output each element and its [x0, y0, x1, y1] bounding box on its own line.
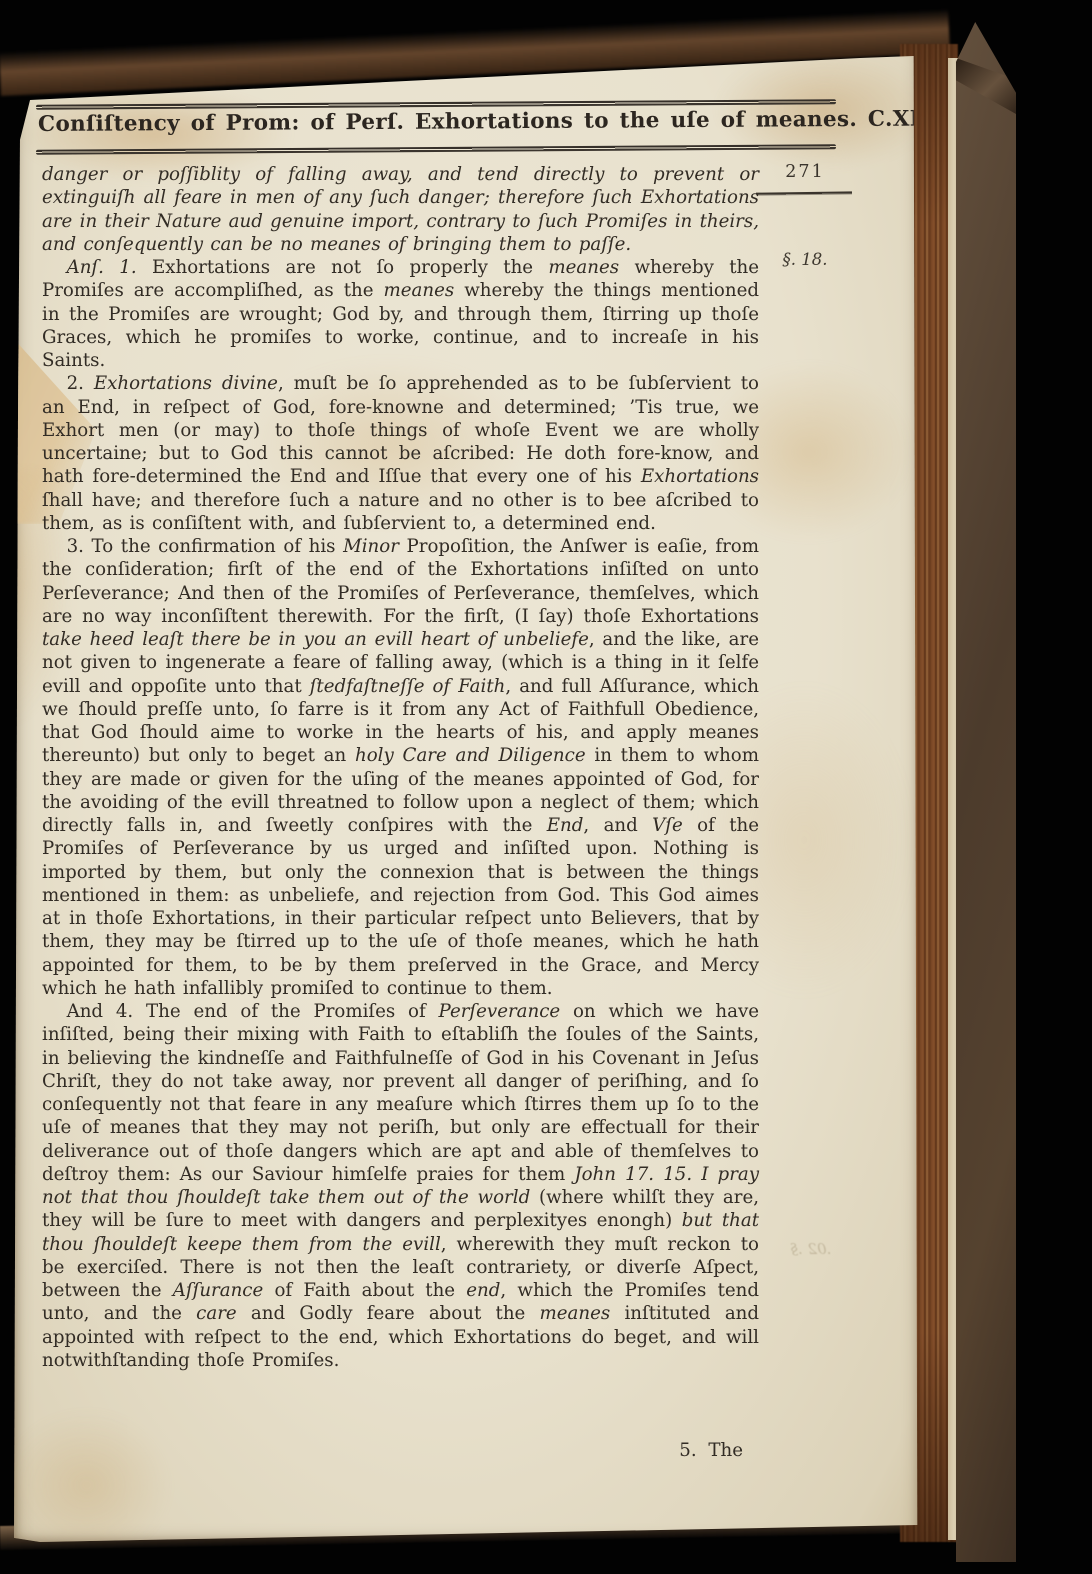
book-page: Conſiſtency of Prom: of Perſ. Exhortatio… [14, 40, 920, 1545]
page-number: 271 [750, 162, 860, 182]
photo-background: Conſiſtency of Prom: of Perſ. Exhortatio… [0, 0, 1092, 1574]
paper-stain [2, 1410, 172, 1560]
margin-section-note: §. 18. [750, 250, 860, 269]
paragraph: 3. To the confirmation of his Minor Prop… [42, 535, 759, 1000]
paragraph: Anſ. 1. Exhortations are not ſo properly… [42, 256, 759, 372]
ghost-margin-note: .02 .§ [766, 1240, 856, 1258]
paragraph: danger or poſſiblity of falling away, an… [42, 163, 759, 256]
page-number-rule [756, 191, 852, 195]
body-text-column: danger or poſſiblity of falling away, an… [42, 163, 759, 1372]
book-cover-right [956, 22, 1016, 1562]
catchword: 5. The [42, 1440, 759, 1461]
paragraph: And 4. The end of the Promiſes of Perſev… [42, 1000, 759, 1372]
paragraph: 2. Exhortations divine, muſt be ſo appre… [42, 372, 759, 535]
header-rule-bottom [36, 144, 836, 155]
running-header: Conſiſtency of Prom: of Perſ. Exhortatio… [38, 107, 830, 137]
